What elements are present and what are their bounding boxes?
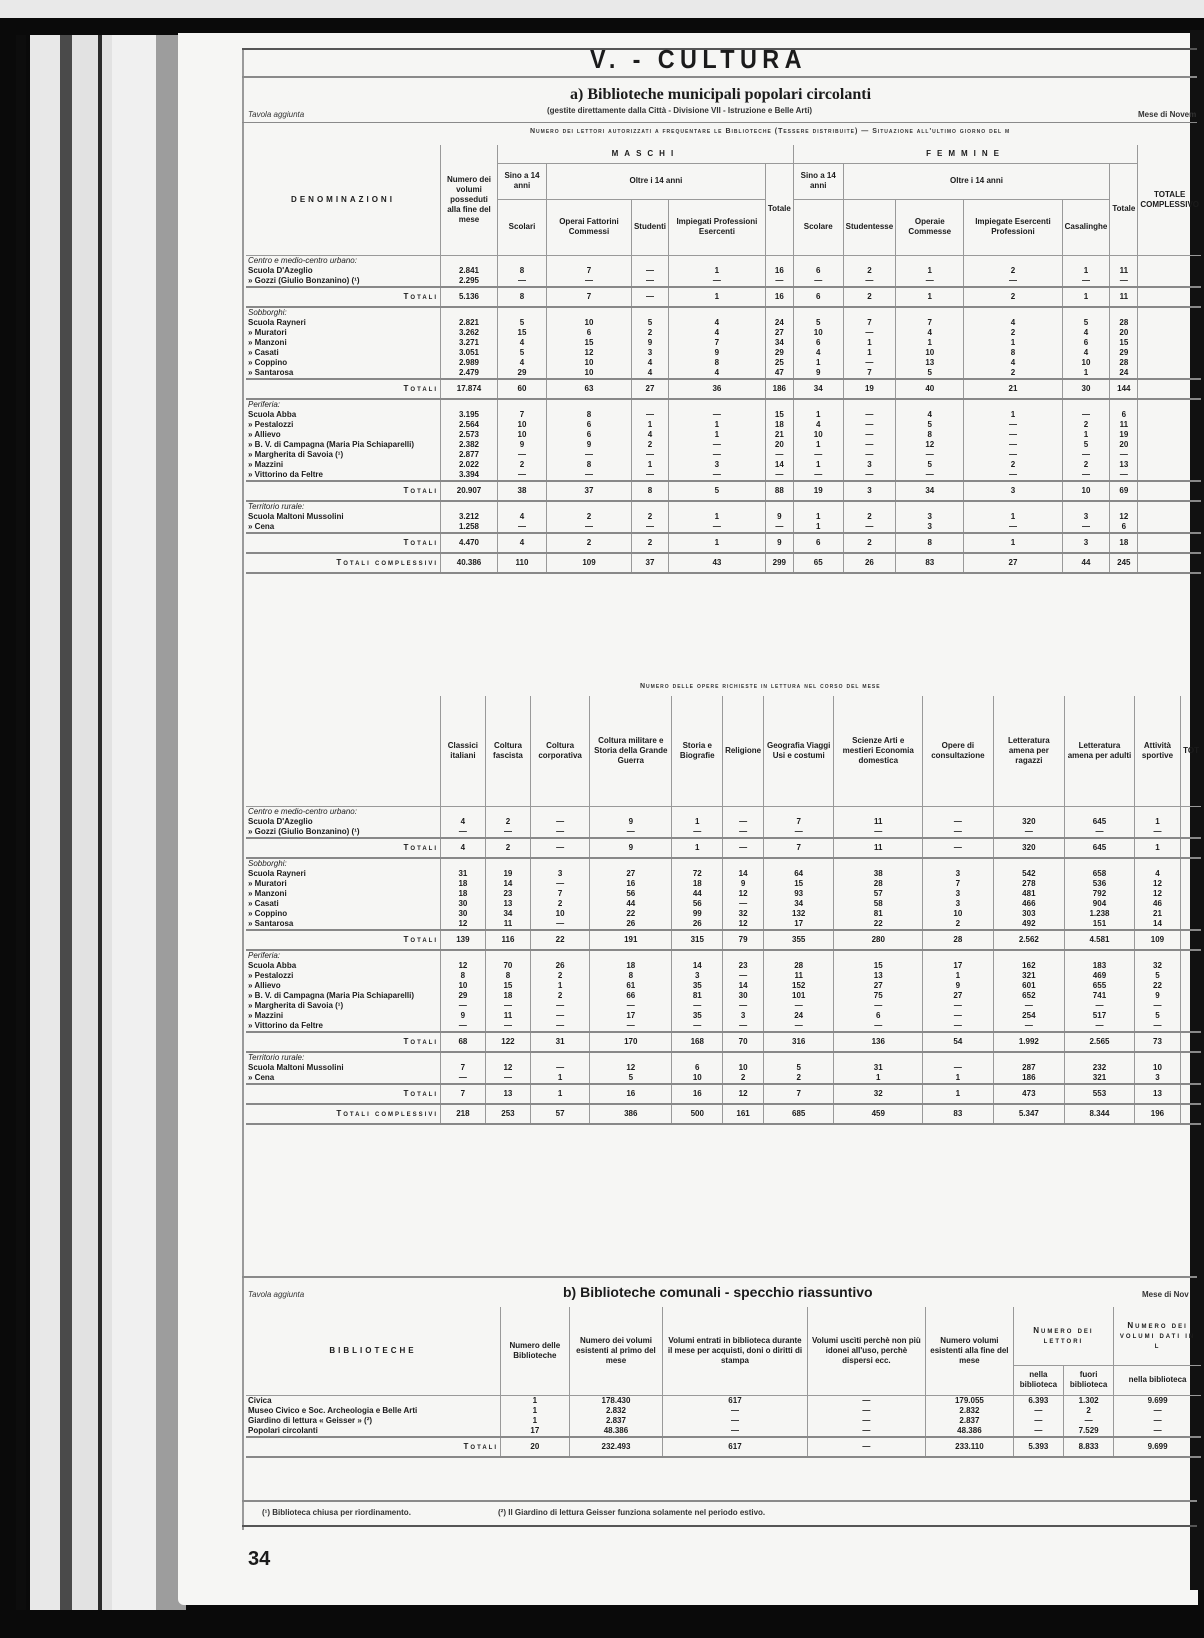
subtotal-cell: 6 (793, 287, 843, 307)
subtotal-label: Totali (246, 533, 441, 553)
data-cell: 321 (993, 971, 1065, 981)
grand-total-cell: 40.386 (441, 553, 498, 573)
subtotal-cell: 2.565 (1065, 1032, 1135, 1052)
empty-cell (441, 1052, 486, 1063)
scan-top-strip (0, 0, 1204, 18)
total-cell: 617 (663, 1437, 808, 1457)
data-cell: 11 (1110, 420, 1138, 430)
group-header-row: Sobborghi: (246, 858, 1201, 869)
edge-cell (1138, 430, 1201, 440)
data-cell: — (672, 1001, 723, 1011)
edge-cell (1181, 869, 1201, 879)
data-cell: — (547, 470, 632, 481)
data-cell: 13 (485, 899, 530, 909)
data-cell: 19 (1110, 430, 1138, 440)
edge-cell (1181, 817, 1201, 827)
col-lett-adulti: Letteratura amena per adulti (1065, 696, 1135, 806)
empty-cell (441, 255, 498, 266)
grand-total-cell: 500 (672, 1104, 723, 1124)
data-cell: 2.022 (441, 460, 498, 470)
subtotal-cell: 4.470 (441, 533, 498, 553)
data-cell: — (843, 358, 896, 368)
grand-total-cell: 218 (441, 1104, 486, 1124)
data-cell: 5 (498, 318, 547, 328)
group-name: Centro e medio-centro urbano: (246, 806, 441, 817)
subtotal-cell: 1 (531, 1084, 590, 1104)
data-cell: 4 (668, 368, 765, 379)
title-rule (242, 76, 1197, 78)
table-row: » Coppino30341022993213281103031.23821 (246, 909, 1201, 919)
data-cell: 10 (547, 368, 632, 379)
subtotal-cell: 19 (793, 481, 843, 501)
grand-total-cell: 83 (923, 1104, 993, 1124)
data-cell: 10 (498, 420, 547, 430)
femmine-header: FEMMINE (793, 145, 1138, 163)
data-cell: — (896, 470, 964, 481)
data-cell: 27 (590, 869, 672, 879)
data-cell: — (723, 827, 764, 838)
col-volumi-inizio: Numero dei volumi esistenti al primo del… (569, 1307, 663, 1395)
col-sportive: Attività sportive (1134, 696, 1180, 806)
data-cell: 3 (923, 899, 993, 909)
table-row: » Mazzini2.0222813141352213 (246, 460, 1201, 470)
data-cell: 2 (964, 368, 1062, 379)
data-cell: 5 (1134, 1011, 1180, 1021)
empty-cell (764, 1052, 834, 1063)
maschi-oltre-14: Oltre i 14 anni (547, 163, 766, 199)
data-cell: — (590, 827, 672, 838)
subtotal-cell: 1 (668, 287, 765, 307)
data-cell: 18 (441, 889, 486, 899)
data-cell: 1 (531, 1073, 590, 1084)
data-cell: 2.989 (441, 358, 498, 368)
edge-cell (1181, 950, 1201, 961)
data-cell: 24 (765, 318, 793, 328)
data-cell: 3.394 (441, 470, 498, 481)
edge-cell (1138, 399, 1201, 410)
edge-cell (1181, 930, 1201, 950)
edge-cell (1138, 522, 1201, 533)
subtotal-cell: 2 (843, 287, 896, 307)
maschi-totale: Totale (765, 163, 793, 255)
row-label: » Gozzi (Giulio Bonzanino) (¹) (246, 276, 441, 287)
subtotal-cell: 12 (723, 1084, 764, 1104)
data-cell: 18 (441, 879, 486, 889)
data-cell: 18 (672, 879, 723, 889)
table-row: » Pestalozzi88283—111313214695 (246, 971, 1201, 981)
subtotal-cell: 63 (547, 379, 632, 399)
data-cell: 8 (896, 430, 964, 440)
empty-cell (1065, 806, 1135, 817)
edge-cell (1138, 276, 1201, 287)
col-geografia: Geografia Viaggi Usi e costumi (764, 696, 834, 806)
row-label: » Allievo (246, 430, 441, 440)
data-cell: 2 (485, 817, 530, 827)
group-name: Periferia: (246, 399, 441, 410)
group-name: Territorio rurale: (246, 501, 441, 512)
data-cell: 3 (531, 869, 590, 879)
col-impiegate: Impiegate Esercenti Professioni (964, 199, 1062, 255)
empty-cell (672, 858, 723, 869)
data-cell: 28 (764, 961, 834, 971)
empty-cell (441, 858, 486, 869)
data-cell: 2 (631, 512, 668, 522)
data-cell: 1 (843, 338, 896, 348)
grand-total-cell: 386 (590, 1104, 672, 1124)
data-cell: 2.832 (926, 1406, 1014, 1416)
empty-cell (672, 1052, 723, 1063)
empty-cell (547, 501, 632, 512)
col-volumi-usciti: Volumi uscìti perchè non più idonei all'… (807, 1307, 925, 1395)
data-cell: 61 (590, 981, 672, 991)
data-cell: — (1134, 1021, 1180, 1032)
data-cell: 617 (663, 1395, 808, 1406)
data-cell: 72 (672, 869, 723, 879)
data-cell: 1 (964, 512, 1062, 522)
data-cell: 15 (1110, 338, 1138, 348)
data-cell: 2 (923, 919, 993, 930)
subtotal-cell: 1 (923, 1084, 993, 1104)
data-cell: — (663, 1406, 808, 1416)
grand-total-cell: 83 (896, 553, 964, 573)
data-cell: 1.238 (1065, 909, 1135, 919)
table-row: » Coppino2.98941048251—1341028 (246, 358, 1201, 368)
subtotal-cell: 30 (1062, 379, 1110, 399)
data-cell: 17 (501, 1426, 570, 1437)
subtotal-cell: 16 (590, 1084, 672, 1104)
data-cell: — (485, 827, 530, 838)
data-cell: 3 (668, 460, 765, 470)
table-row: » Vittorino da Feltre———————————— (246, 1021, 1201, 1032)
row-label: » Casati (246, 899, 441, 909)
subtotal-cell: 11 (1110, 287, 1138, 307)
empty-cell (547, 255, 632, 266)
total-cell: — (807, 1437, 925, 1457)
data-cell: 7 (531, 889, 590, 899)
subtotal-cell: 4.581 (1065, 930, 1135, 950)
data-cell: 18 (590, 961, 672, 971)
data-cell: 10 (441, 981, 486, 991)
empty-cell (964, 501, 1062, 512)
data-cell: — (1064, 1416, 1114, 1426)
row-label: » Muratori (246, 879, 441, 889)
empty-cell (765, 501, 793, 512)
data-cell: 1 (964, 410, 1062, 420)
subtotal-cell: 13 (1134, 1084, 1180, 1104)
data-cell: 11 (834, 817, 923, 827)
data-cell: 10 (896, 348, 964, 358)
data-cell: 26 (590, 919, 672, 930)
total-cell: 232.493 (569, 1437, 663, 1457)
library-row: Popolari circolanti1748.386——48.386—7.52… (246, 1426, 1201, 1437)
data-cell: — (807, 1416, 925, 1426)
data-cell: 481 (993, 889, 1065, 899)
row-label: Scuola Rayneri (246, 318, 441, 328)
data-cell: 15 (498, 328, 547, 338)
row-label: » Pestalozzi (246, 420, 441, 430)
empty-cell (631, 399, 668, 410)
data-cell: 4 (1062, 328, 1110, 338)
data-cell: 6 (793, 266, 843, 276)
data-cell: 6 (1110, 410, 1138, 420)
subtotal-row: Totali681223117016870316136541.9922.5657… (246, 1032, 1201, 1052)
row-label: Scuola Maltoni Mussolini (246, 1063, 441, 1073)
data-cell: 2.564 (441, 420, 498, 430)
data-cell: 4 (1062, 348, 1110, 358)
data-cell: 12 (1110, 512, 1138, 522)
subtotal-cell: 8 (896, 533, 964, 553)
data-cell: — (1065, 1001, 1135, 1011)
data-cell: 1 (668, 266, 765, 276)
grand-total-cell: 161 (723, 1104, 764, 1124)
data-cell: 2.832 (569, 1406, 663, 1416)
works-table: Classici italiani Coltura fascista Coltu… (246, 696, 1201, 1125)
data-cell: 30 (441, 899, 486, 909)
data-cell: — (1013, 1406, 1063, 1416)
col-totale-complessivo: TOTALE COMPLESSIVO (1138, 145, 1201, 255)
subtotal-cell: 3 (843, 481, 896, 501)
edge-cell (1138, 501, 1201, 512)
table-row: » Mazzini911—17353246—2545175 (246, 1011, 1201, 1021)
row-label: » Margherita di Savoia (¹) (246, 450, 441, 460)
data-cell: 2 (764, 1073, 834, 1084)
data-cell: 29 (765, 348, 793, 358)
empty-cell (843, 399, 896, 410)
edge-cell (1138, 358, 1201, 368)
data-cell: — (765, 450, 793, 460)
subtotal-cell: 553 (1065, 1084, 1135, 1104)
data-cell: 7 (843, 368, 896, 379)
group-name: Sobborghi: (246, 858, 441, 869)
edge-cell (1138, 533, 1201, 553)
row-label: » Cena (246, 1073, 441, 1084)
data-cell: 2.479 (441, 368, 498, 379)
data-cell: 4 (668, 328, 765, 338)
col-volumi-fine: Numero volumi esistenti alla fine del me… (926, 1307, 1014, 1395)
empty-cell (631, 501, 668, 512)
data-cell: 3 (672, 971, 723, 981)
data-cell: 10 (547, 358, 632, 368)
data-cell: 7 (498, 410, 547, 420)
data-cell: 1 (668, 512, 765, 522)
subtotal-cell: 7 (764, 838, 834, 858)
library-name: Civica (246, 1395, 501, 1406)
empty-cell (765, 307, 793, 318)
data-cell: 15 (764, 879, 834, 889)
subtotal-cell: 122 (485, 1032, 530, 1052)
data-cell: 6.393 (1013, 1395, 1063, 1406)
data-cell: 4 (631, 358, 668, 368)
edge-cell (1181, 1021, 1201, 1032)
edge-cell (1181, 1011, 1201, 1021)
col-coltura-militare: Coltura militare e Storia della Grande G… (590, 696, 672, 806)
data-cell: 12 (485, 1063, 530, 1073)
data-cell: 1 (668, 420, 765, 430)
data-cell: 2 (964, 328, 1062, 338)
data-cell: 2.841 (441, 266, 498, 276)
data-cell: 4 (793, 420, 843, 430)
library-row: Giardino di lettura « Geisser » (²)12.83… (246, 1416, 1201, 1426)
data-cell: 2 (843, 266, 896, 276)
data-cell: 2 (547, 512, 632, 522)
col-religione: Religione (723, 696, 764, 806)
data-cell: 2.295 (441, 276, 498, 287)
data-cell: 162 (993, 961, 1065, 971)
data-cell: 278 (993, 879, 1065, 889)
works-table-body: Centro e medio-centro urbano:Scuola D'Az… (246, 806, 1201, 1124)
empty-cell (793, 399, 843, 410)
data-cell: 24 (1110, 368, 1138, 379)
empty-cell (793, 501, 843, 512)
subtotal-cell: 60 (498, 379, 547, 399)
group-header-row: Territorio rurale: (246, 501, 1201, 512)
edge-cell (1181, 1063, 1201, 1073)
data-cell: — (441, 1001, 486, 1011)
subtotal-cell: 31 (531, 1032, 590, 1052)
data-cell: — (843, 328, 896, 338)
edge-cell (1138, 318, 1201, 328)
subtotal-cell: 21 (964, 379, 1062, 399)
caption-rule (242, 122, 1197, 123)
empty-cell (1134, 806, 1180, 817)
subtotal-label: Totali (246, 930, 441, 950)
data-cell: 28 (1110, 318, 1138, 328)
data-cell: — (993, 1001, 1065, 1011)
empty-cell (843, 255, 896, 266)
data-cell: 7 (547, 266, 632, 276)
edge-cell (1138, 450, 1201, 460)
data-cell: 321 (1065, 1073, 1135, 1084)
data-cell: 22 (834, 919, 923, 930)
data-cell: — (1110, 450, 1138, 460)
subtotal-cell: 5.136 (441, 287, 498, 307)
data-cell: — (764, 1001, 834, 1011)
data-cell: 48.386 (926, 1426, 1014, 1437)
data-cell: — (964, 430, 1062, 440)
grand-total-cell: 8.344 (1065, 1104, 1135, 1124)
data-cell: 14 (765, 460, 793, 470)
data-cell: 12 (896, 440, 964, 450)
row-label: » Coppino (246, 909, 441, 919)
empty-cell (1134, 858, 1180, 869)
subtotal-cell: — (723, 838, 764, 858)
data-cell: — (547, 522, 632, 533)
edge-cell (1138, 481, 1201, 501)
data-cell: — (834, 1021, 923, 1032)
total-cell: 233.110 (926, 1437, 1014, 1457)
data-cell: 1 (793, 460, 843, 470)
subtotal-cell: 68 (441, 1032, 486, 1052)
data-cell: 93 (764, 889, 834, 899)
table-row: » Casati301324456—3458346690446 (246, 899, 1201, 909)
empty-cell (723, 1052, 764, 1063)
data-cell: 5 (793, 318, 843, 328)
subtotal-cell: 16 (765, 287, 793, 307)
table-row: » Santarosa1211—2626121722249215114 (246, 919, 1201, 930)
data-cell: — (1110, 470, 1138, 481)
empty-cell (964, 399, 1062, 410)
data-cell: — (723, 899, 764, 909)
subtotal-cell: 38 (498, 481, 547, 501)
data-cell: — (793, 276, 843, 287)
data-cell: 70 (485, 961, 530, 971)
subtotal-cell: 1 (672, 838, 723, 858)
subtotal-cell: 136 (834, 1032, 923, 1052)
empty-cell (834, 950, 923, 961)
data-cell: — (723, 971, 764, 981)
empty-cell (1110, 307, 1138, 318)
edge-cell (1181, 889, 1201, 899)
data-cell: — (834, 827, 923, 838)
data-cell: — (531, 879, 590, 889)
data-cell: 1.302 (1064, 1395, 1114, 1406)
data-cell: — (923, 1021, 993, 1032)
data-cell: 3 (896, 512, 964, 522)
empty-cell (547, 307, 632, 318)
data-cell: 2.573 (441, 430, 498, 440)
empty-cell (590, 950, 672, 961)
subtotal-cell: 139 (441, 930, 486, 950)
edge-cell (1138, 348, 1201, 358)
row-label: » Santarosa (246, 919, 441, 930)
data-cell: 1 (793, 512, 843, 522)
table-row: » Manzoni182375644129357348179212 (246, 889, 1201, 899)
works-caption: Numero delle opere richieste in lettura … (640, 683, 881, 690)
data-cell: 1 (1062, 430, 1110, 440)
data-cell: — (498, 470, 547, 481)
data-cell: 20 (765, 440, 793, 450)
data-cell: — (923, 827, 993, 838)
group-name: Territorio rurale: (246, 1052, 441, 1063)
data-cell: 31 (441, 869, 486, 879)
table-row: » B. V. di Campagna (Maria Pia Schiapare… (246, 991, 1201, 1001)
data-cell: — (668, 522, 765, 533)
data-cell: 5 (896, 368, 964, 379)
subtotal-row: Totali5.13687—1166212111 (246, 287, 1201, 307)
data-cell: 10 (531, 909, 590, 919)
library-name: Popolari circolanti (246, 1426, 501, 1437)
subtotal-cell: — (923, 838, 993, 858)
data-cell: 23 (723, 961, 764, 971)
data-cell: 2 (723, 1073, 764, 1084)
grand-total-label: Totali complessivi (246, 553, 441, 573)
edge-cell (1138, 460, 1201, 470)
edge-cell (1181, 806, 1201, 817)
data-cell: 12 (723, 889, 764, 899)
table-row: Scuola D'Azeglio42—91—711—3206451 (246, 817, 1201, 827)
grand-total-cell: 299 (765, 553, 793, 573)
subtotal-cell: 7 (764, 1084, 834, 1104)
row-label: » Mazzini (246, 1011, 441, 1021)
empty-cell (485, 858, 530, 869)
edge-cell (1181, 827, 1201, 838)
row-label: » Santarosa (246, 368, 441, 379)
empty-cell (485, 1052, 530, 1063)
data-cell: — (1114, 1416, 1201, 1426)
data-cell: 6 (547, 328, 632, 338)
data-cell: 1 (896, 338, 964, 348)
libraries-total-row: Totali20232.493617—233.1105.3938.8339.69… (246, 1437, 1201, 1457)
data-cell: 3 (723, 1011, 764, 1021)
data-cell: — (1114, 1426, 1201, 1437)
data-cell: — (663, 1426, 808, 1437)
data-cell: 5 (1134, 971, 1180, 981)
data-cell: — (668, 440, 765, 450)
data-cell: 8 (498, 266, 547, 276)
data-cell: — (793, 450, 843, 460)
data-cell: — (923, 1011, 993, 1021)
data-cell: 44 (590, 899, 672, 909)
